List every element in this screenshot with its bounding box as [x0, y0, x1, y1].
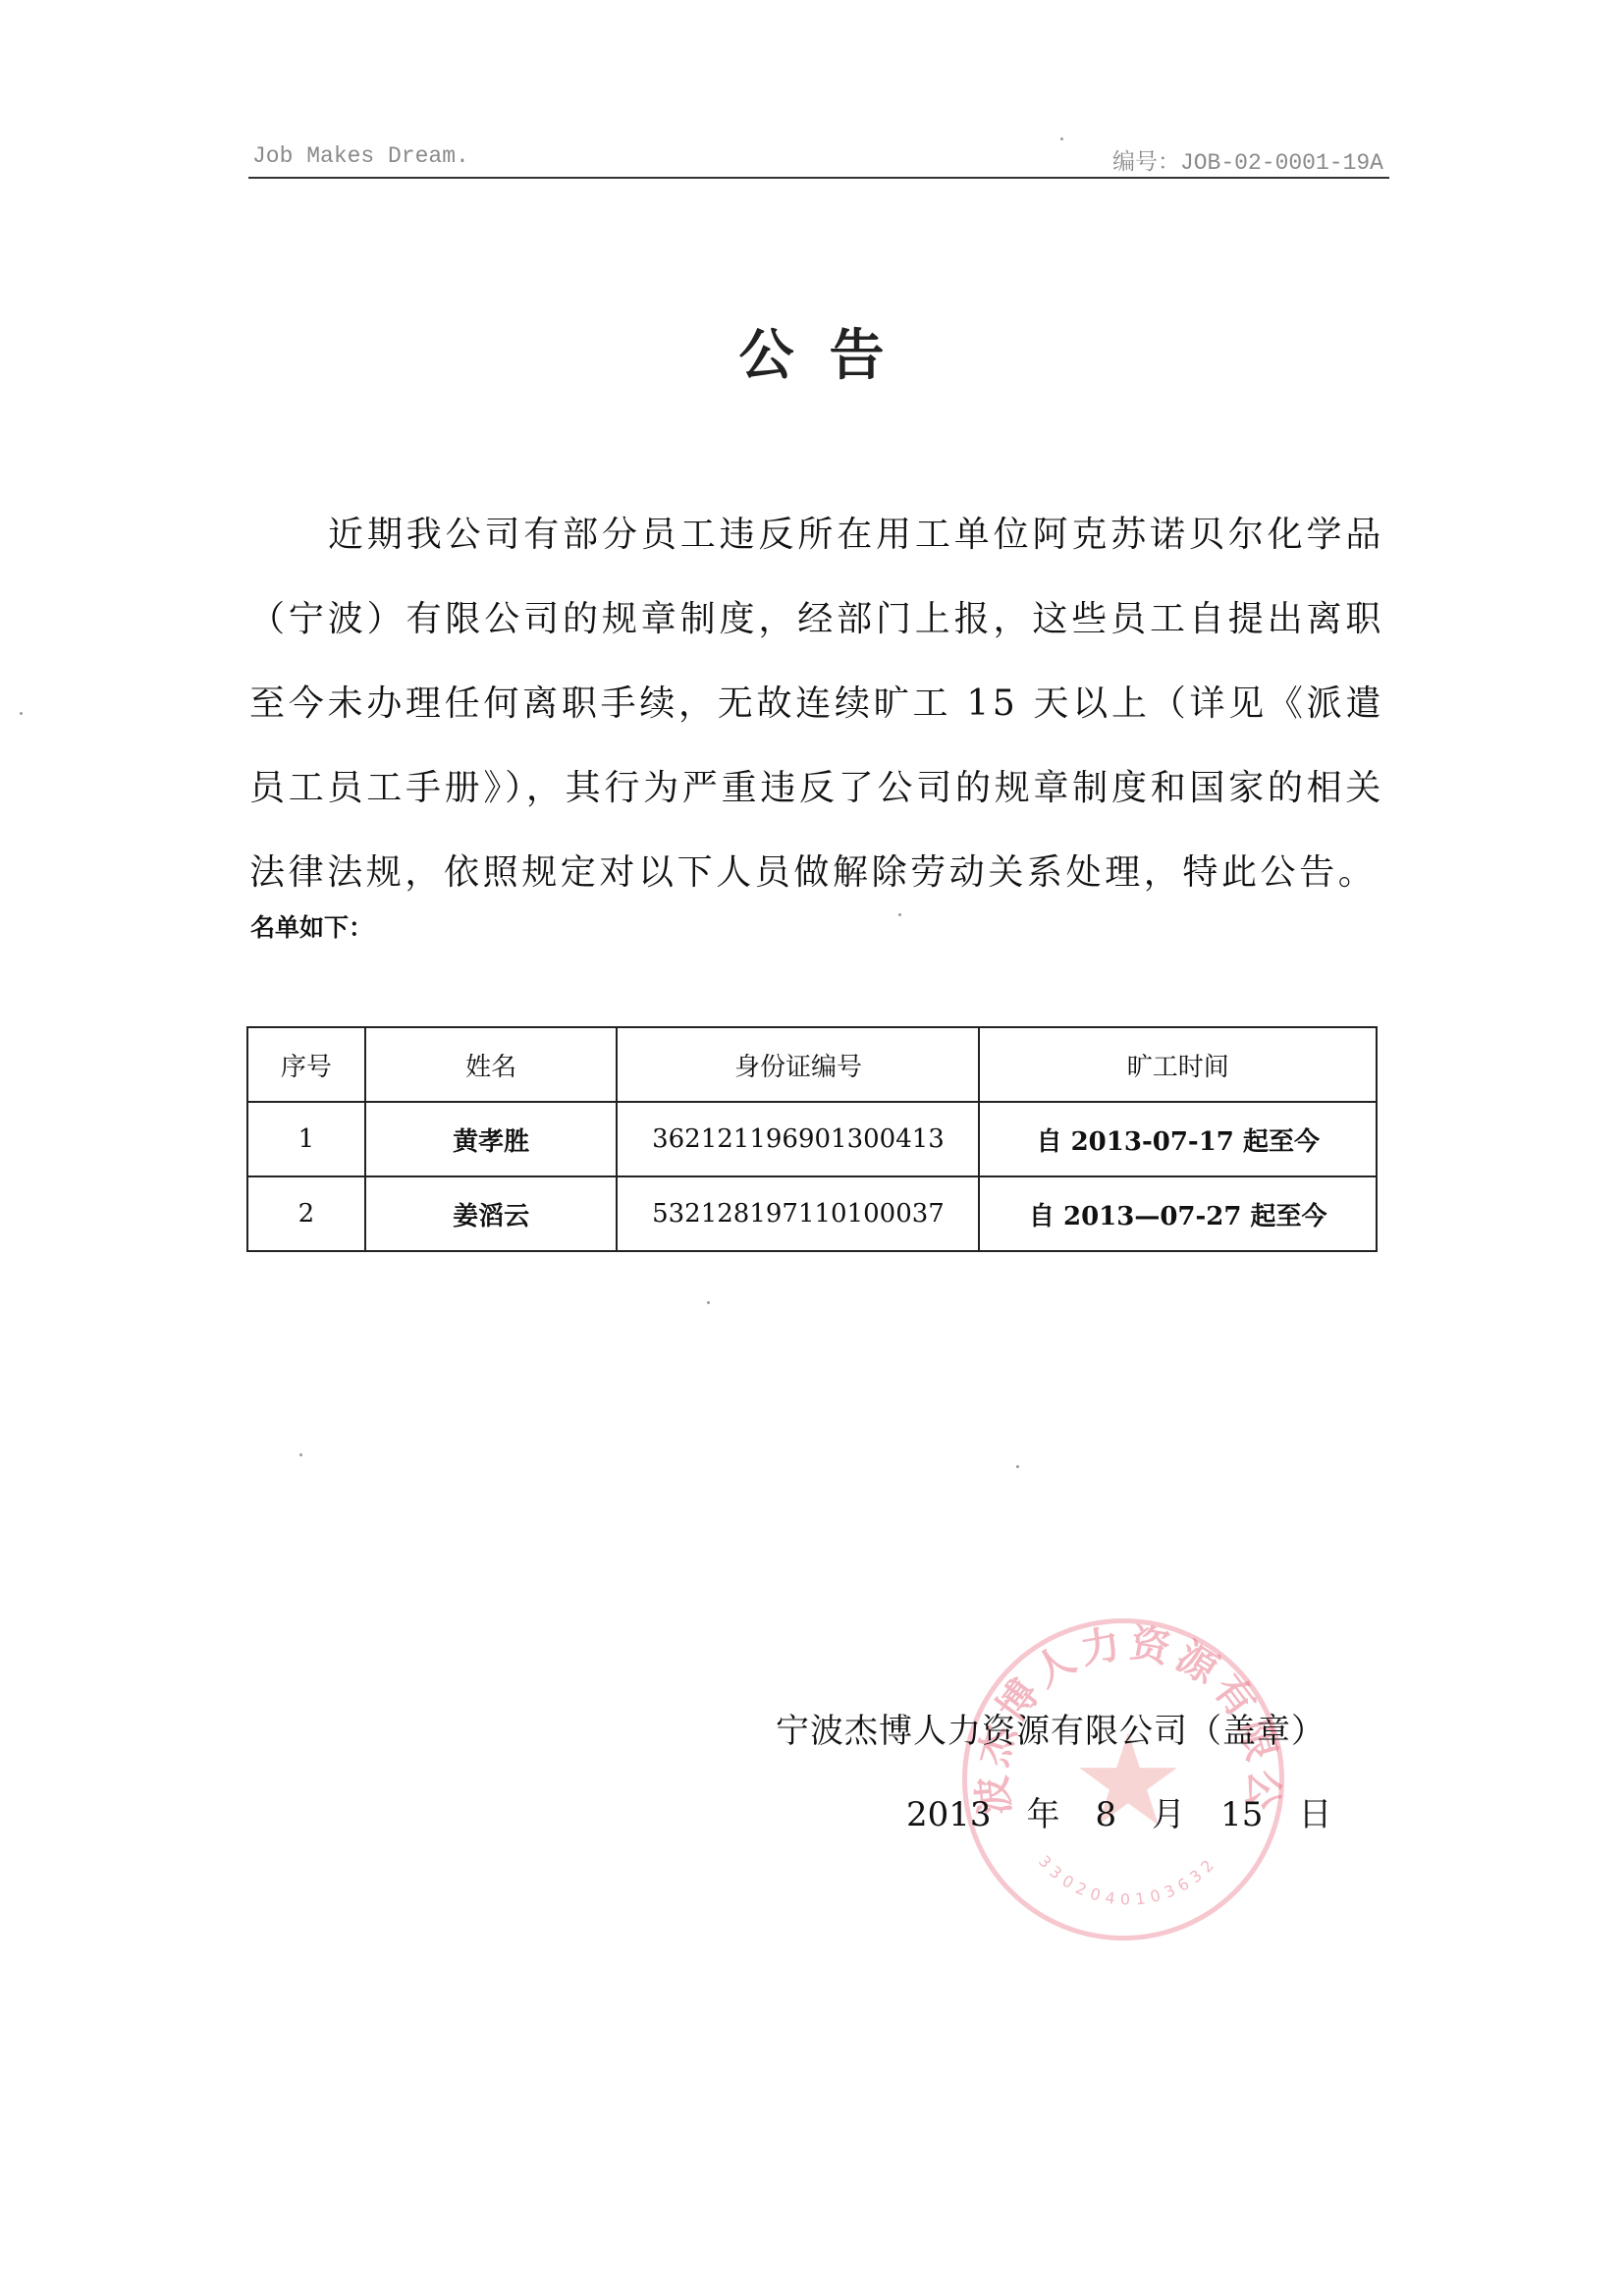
notice-paragraph: 近期我公司有部分员工违反所在用工单位阿克苏诺贝尔化学品（宁波）有限公司的规章制度… — [249, 493, 1384, 915]
date-day-unit: 日 — [1298, 1787, 1331, 1835]
cell-seq: 2 — [247, 1176, 365, 1251]
dismissal-table: 序号 姓名 身份证编号 旷工时间 1 黄孝胜 36212119690130041… — [246, 1026, 1378, 1252]
document-number: 编号：JOB-02-0001-19A — [1112, 143, 1383, 176]
scan-speck — [1016, 1465, 1019, 1468]
date-year: 2013 — [906, 1795, 992, 1834]
signatory-company: 宁波杰博人力资源有限公司（盖章） — [776, 1704, 1325, 1752]
header-slogan: Job Makes Dream. — [252, 143, 469, 169]
cell-name: 黄孝胜 — [365, 1102, 618, 1176]
scan-speck — [707, 1301, 710, 1304]
table-row: 2 姜滔云 532128197110100037 自 2013—07-27 起至… — [247, 1176, 1377, 1251]
date-month: 8 — [1096, 1795, 1117, 1834]
cell-id-number: 532128197110100037 — [617, 1176, 979, 1251]
cell-name: 姜滔云 — [365, 1176, 618, 1251]
scan-speck — [1060, 137, 1063, 140]
svg-text:3302040103632: 3302040103632 — [1035, 1852, 1221, 1909]
cell-absence: 自 2013—07-27 起至今 — [979, 1176, 1377, 1251]
cell-absence: 自 2013-07-17 起至今 — [979, 1102, 1377, 1176]
scan-speck — [20, 712, 23, 715]
signature-date: 2013年8月15日 — [906, 1787, 1331, 1835]
cell-seq: 1 — [247, 1102, 365, 1176]
scan-speck — [299, 1453, 302, 1456]
column-header-name: 姓名 — [365, 1027, 618, 1102]
date-day: 15 — [1220, 1795, 1263, 1834]
seal-icon: 宁波杰博人力资源有限公司 3302040103632 ★ — [967, 1623, 1289, 1945]
column-header-id: 身份证编号 — [617, 1027, 979, 1102]
date-month-unit: 月 — [1152, 1787, 1185, 1835]
cell-id-number: 362121196901300413 — [617, 1102, 979, 1176]
column-header-absence: 旷工时间 — [979, 1027, 1377, 1102]
list-label: 名单如下： — [250, 908, 373, 944]
table-header-row: 序号 姓名 身份证编号 旷工时间 — [247, 1027, 1377, 1102]
table-row: 1 黄孝胜 362121196901300413 自 2013-07-17 起至… — [247, 1102, 1377, 1176]
scan-speck — [898, 913, 901, 916]
header-divider — [248, 177, 1389, 179]
date-year-unit: 年 — [1027, 1787, 1060, 1835]
company-seal: 宁波杰博人力资源有限公司 3302040103632 ★ — [962, 1618, 1284, 1941]
column-header-seq: 序号 — [247, 1027, 365, 1102]
page-title: 公告 — [0, 312, 1623, 391]
